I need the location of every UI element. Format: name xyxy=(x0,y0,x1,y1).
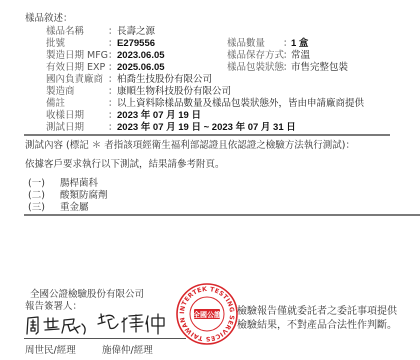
signature-1-image xyxy=(24,312,90,338)
seal-center-text: 全國公證 xyxy=(193,310,221,319)
field-value-quantity: 1 盒 xyxy=(291,38,308,50)
field-value-storage: 常溫 xyxy=(291,50,310,62)
signer-2-name-title: 施偉仲/經理 xyxy=(102,345,153,357)
testing-company-name: 全國公證檢驗股份有限公司 xyxy=(30,289,144,301)
section-divider xyxy=(24,214,420,216)
disclaimer-line-1: 檢驗報告僅就委託者之委託事項提供 xyxy=(237,305,397,319)
test-item-name: 重金屬 xyxy=(60,202,89,214)
field-label-mfg: 製造日期 MFG xyxy=(46,50,108,62)
field-value-sample-name: 長壽之源 xyxy=(117,26,155,38)
test-content-heading: 測試內容 (標記 ＊ 者指該項經衛生福利部認證且依認證之檢驗方法執行測試)： xyxy=(25,140,355,152)
test-item-index: (一) xyxy=(28,178,45,190)
field-label-storage: 樣品保存方式 xyxy=(227,50,284,62)
field-label-quantity: 樣品數量 xyxy=(227,38,265,50)
signature-line xyxy=(24,338,186,339)
field-label-remarks: 備註 xyxy=(46,98,65,110)
company-seal-stamp: INTERTEK TESTING SERVICES TAIWAN LTD. 全國… xyxy=(175,282,239,346)
field-label-domestic-vendor: 國內負責廠商 xyxy=(46,74,103,86)
field-label-batch: 批號 xyxy=(46,38,65,50)
test-item-index: (三) xyxy=(28,202,45,214)
disclaimer-line-2: 檢驗結果，不對產品合法性作判斷。 xyxy=(237,319,397,333)
field-value-domestic-vendor: 柏喬生技股份有限公司 xyxy=(117,74,212,86)
sample-description-heading: 樣品敘述： xyxy=(25,13,73,25)
disclaimer: 檢驗報告僅就委託者之委託事項提供 檢驗結果，不對產品合法性作判斷。 xyxy=(237,305,397,333)
signer-1-name-title: 周世民/經理 xyxy=(25,345,76,357)
field-value-batch: E279556 xyxy=(117,38,155,50)
field-label-receipt-date: 收樣日期 xyxy=(46,110,84,122)
test-content-intro: 依據客戶要求執行以下測試，結果請參考附頁。 xyxy=(25,159,225,171)
field-label-packaging: 樣品包裝狀態 xyxy=(227,62,284,74)
field-value-manufacturer: 康順生物科技股份有限公司 xyxy=(117,86,231,98)
test-item-name: 酸類防腐劑 xyxy=(60,190,108,202)
signature-2-image xyxy=(96,310,168,336)
field-value-remarks: 以上資料除樣品數量及樣品包裝狀態外，皆由申請廠商提供 xyxy=(117,98,364,110)
field-value-test-date: 2023 年 07 月 19 日 ~ 2023 年 07 月 31 日 xyxy=(117,122,296,134)
field-value-exp: 2025.06.05 xyxy=(117,62,165,74)
field-value-packaging: 市售完整包裝 xyxy=(291,62,348,74)
field-label-manufacturer: 製造商 xyxy=(46,86,75,98)
field-value-mfg: 2023.06.05 xyxy=(117,50,165,62)
section-divider xyxy=(24,134,390,136)
field-label-exp: 有效日期 EXP xyxy=(46,62,105,74)
field-label-test-date: 測試日期 xyxy=(46,122,84,134)
test-item-index: (二) xyxy=(28,190,45,202)
field-label-sample-name: 樣品名稱 xyxy=(46,26,84,38)
test-item-name: 腸桿菌科 xyxy=(60,178,98,190)
field-value-receipt-date: 2023 年 07 月 19 日 xyxy=(117,110,201,122)
